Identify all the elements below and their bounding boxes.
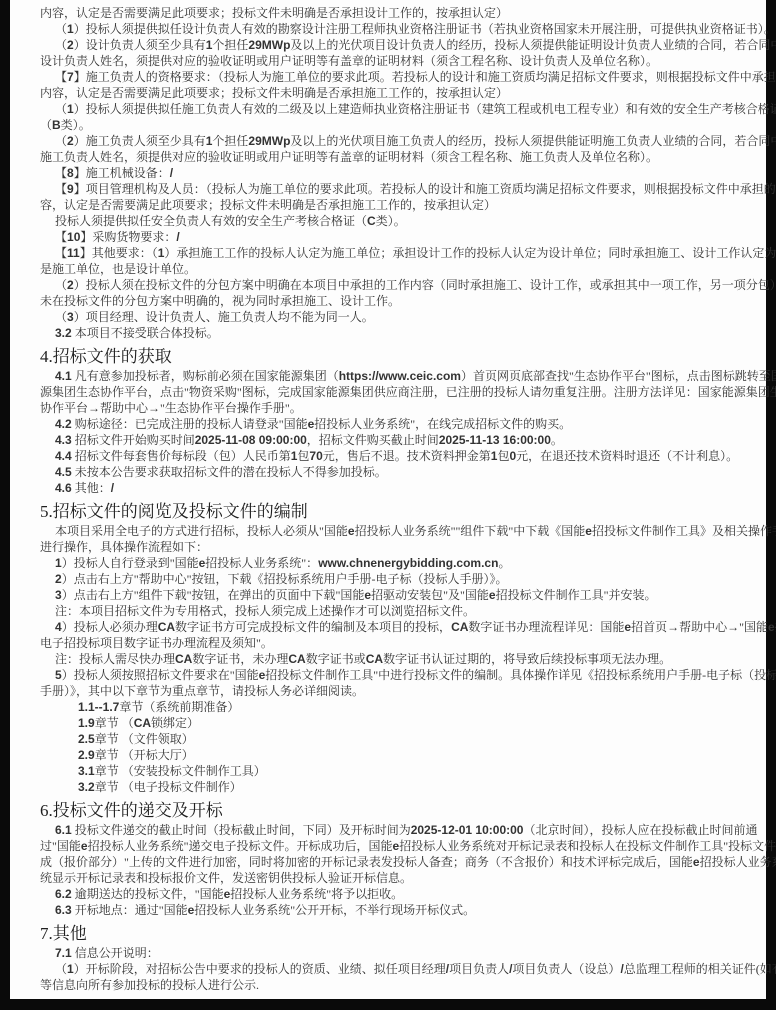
text-line: （1）投标人须提供拟任设计负责人有效的勘察设计注册工程师执业资格注册证书（若执业… bbox=[40, 21, 750, 37]
text-line: 1）投标人自行登录到"国能e招投标人业务系统"：www.chnenergybid… bbox=[40, 555, 750, 571]
text-line: 未在投标文件的分包方案中明确的，视为同时承担施工、设计工作。 bbox=[40, 293, 750, 309]
text-line: 【9】项目管理机构及人员：（投标人为施工单位的要求此项。若投标人的设计和施工资质… bbox=[40, 181, 750, 197]
text-line: 源集团生态协作平台，点击"物资采购"图标，完成国家能源集团供应商注册，已注册的投… bbox=[40, 384, 750, 400]
text-line: 注：投标人需尽快办理CA数字证书，未办理CA数字证书或CA数字证书认证过期的，将… bbox=[40, 651, 750, 667]
text-line: 手册）》，其中以下章节为重点章节，请投标人务必详细阅读。 bbox=[40, 683, 750, 699]
text-line: 2）点击右上方"帮助中心"按钮，下载《招投标系统用户手册-电子标（投标人手册）》… bbox=[40, 571, 750, 587]
text-line: （2）投标人须在投标文件的分包方案中明确在本项目中承担的工作内容（同时承担施工、… bbox=[40, 277, 750, 293]
text-line: 5）投标人须按照招标文件要求在"国能e招投标文件制作工具"中进行投标文件的编制。… bbox=[40, 667, 750, 683]
section-heading: 4.招标文件的获取 bbox=[40, 347, 750, 366]
text-line: 内容，认定是否需要满足此项要求；投标文件未明确是否承担施工工作的，按承担认定） bbox=[40, 85, 750, 101]
text-line: 4.4 招标文件每套售价每标段（包）人民币第1包70元，售后不退。技术资料押金第… bbox=[40, 448, 750, 464]
text-line: （1）开标阶段，对招标公告中要求的投标人的资质、业绩、拟任项目经理/项目负责人/… bbox=[40, 961, 750, 977]
text-line: 2.9章节 （开标大厅） bbox=[40, 747, 750, 763]
text-line: 4.1 凡有意参加投标者，购标前必须在国家能源集团（https://www.ce… bbox=[40, 368, 750, 384]
text-line: 注：本项目招标文件为专用格式，投标人须完成上述操作才可以浏览招标文件。 bbox=[40, 603, 750, 619]
text-line: 【10】采购货物要求：/ bbox=[40, 229, 750, 245]
text-line: 统显示开标记录表和投标报价文件，发送密钥供投标人验证开标信息。 bbox=[40, 870, 750, 886]
text-line: 【11】其他要求：（1）承担施工工作的投标人认定为施工单位；承担设计工作的投标人… bbox=[40, 245, 750, 261]
text-line: 1.1--1.7章节（系统前期准备） bbox=[40, 699, 750, 715]
text-line: 4.5 未按本公告要求获取招标文件的潜在投标人不得参加投标。 bbox=[40, 464, 750, 480]
text-line: 设计负责人姓名，须提供对应的验收证明或用户证明等有盖章的证明材料（须含工程名称、… bbox=[40, 53, 750, 69]
section-heading: 5.招标文件的阅览及投标文件的编制 bbox=[40, 502, 750, 521]
text-line: （2）施工负责人须至少具有1个担任29MWp及以上的光伏项目施工负责人的经历，投… bbox=[40, 133, 750, 149]
text-line: 3.2 本项目不接受联合体投标。 bbox=[40, 325, 750, 341]
text-line: 电子招投标项目数字证书办理流程及须知"。 bbox=[40, 635, 750, 651]
text-line: 4.6 其他：/ bbox=[40, 480, 750, 496]
text-line: 6.2 逾期送达的投标文件，"国能e招投标人业务系统"将予以拒收。 bbox=[40, 886, 750, 902]
text-line: 3.2章节 （电子投标文件制作） bbox=[40, 779, 750, 795]
text-line: 2.5章节 （文件领取） bbox=[40, 731, 750, 747]
text-line: 投标人须提供拟任安全负责人有效的安全生产考核合格证（C类）。 bbox=[40, 213, 750, 229]
document-content: 内容，认定是否需要满足此项要求；投标文件未明确是否承担设计工作的，按承担认定）（… bbox=[10, 0, 766, 993]
text-line: 4.3 招标文件开始购买时间2025-11-08 09:00:00，招标文件购买… bbox=[40, 432, 750, 448]
text-line: 3）点击右上方"组件下载"按钮，在弹出的页面中下载"国能e招驱动安装包"及"国能… bbox=[40, 587, 750, 603]
text-line: 施工负责人姓名，须提供对应的验收证明或用户证明等有盖章的证明材料（须含工程名称、… bbox=[40, 149, 750, 165]
text-line: 【8】施工机械设备：/ bbox=[40, 165, 750, 181]
text-line: 3.1章节 （安装投标文件制作工具） bbox=[40, 763, 750, 779]
text-line: 成（报价部分）"上传的文件进行加密，同时将加密的开标记录表发投标人备查；商务（不… bbox=[40, 854, 750, 870]
text-line: 本项目采用全电子的方式进行招标，投标人必须从"国能e招投标人业务系统""组件下载… bbox=[40, 523, 750, 539]
text-line: 是施工单位，也是设计单位。 bbox=[40, 261, 750, 277]
text-line: （1）投标人须提供拟任施工负责人有效的二级及以上建造师执业资格注册证书（建筑工程… bbox=[40, 101, 750, 117]
text-line: 协作平台→帮助中心→"生态协作平台操作手册"。 bbox=[40, 400, 750, 416]
text-line: 内容，认定是否需要满足此项要求；投标文件未明确是否承担设计工作的，按承担认定） bbox=[40, 5, 750, 21]
section-heading: 7.其他 bbox=[40, 924, 750, 943]
text-line: 容，认定是否需要满足此项要求；投标文件未明确是否承担施工工作的，按承担认定） bbox=[40, 197, 750, 213]
text-line: （2）设计负责人须至少具有1个担任29MWp及以上的光伏项目设计负责人的经历，投… bbox=[40, 37, 750, 53]
document-page: 内容，认定是否需要满足此项要求；投标文件未明确是否承担设计工作的，按承担认定）（… bbox=[10, 0, 766, 999]
text-line: 过"国能e招投标人业务系统"递交电子投标文件。开标成功后，国能e招投标人业务系统… bbox=[40, 838, 750, 854]
text-line: （3）项目经理、设计负责人、施工负责人均不能为同一人。 bbox=[40, 309, 750, 325]
text-line: 等信息向所有参加投标的投标人进行公示. bbox=[40, 977, 750, 993]
text-line: 6.3 开标地点：通过"国能e招投标人业务系统"公开开标，不举行现场开标仪式。 bbox=[40, 902, 750, 918]
text-line: 4.2 购标途径：已完成注册的投标人请登录"国能e招投标人业务系统"，在线完成招… bbox=[40, 416, 750, 432]
section-heading: 6.投标文件的递交及开标 bbox=[40, 801, 750, 820]
text-line: 【7】施工负责人的资格要求：（投标人为施工单位的要求此项。若投标人的设计和施工资… bbox=[40, 69, 750, 85]
text-line: 6.1 投标文件递交的截止时间（投标截止时间，下同）及开标时间为2025-12-… bbox=[40, 822, 750, 838]
text-line: 1.9章节 （CA锁绑定） bbox=[40, 715, 750, 731]
text-line: （B类）。 bbox=[40, 117, 750, 133]
text-line: 7.1 信息公开说明： bbox=[40, 945, 750, 961]
text-line: 进行操作，具体操作流程如下： bbox=[40, 539, 750, 555]
text-line: 4）投标人必须办理CA数字证书方可完成投标文件的编制及本项目的投标，CA数字证书… bbox=[40, 619, 750, 635]
